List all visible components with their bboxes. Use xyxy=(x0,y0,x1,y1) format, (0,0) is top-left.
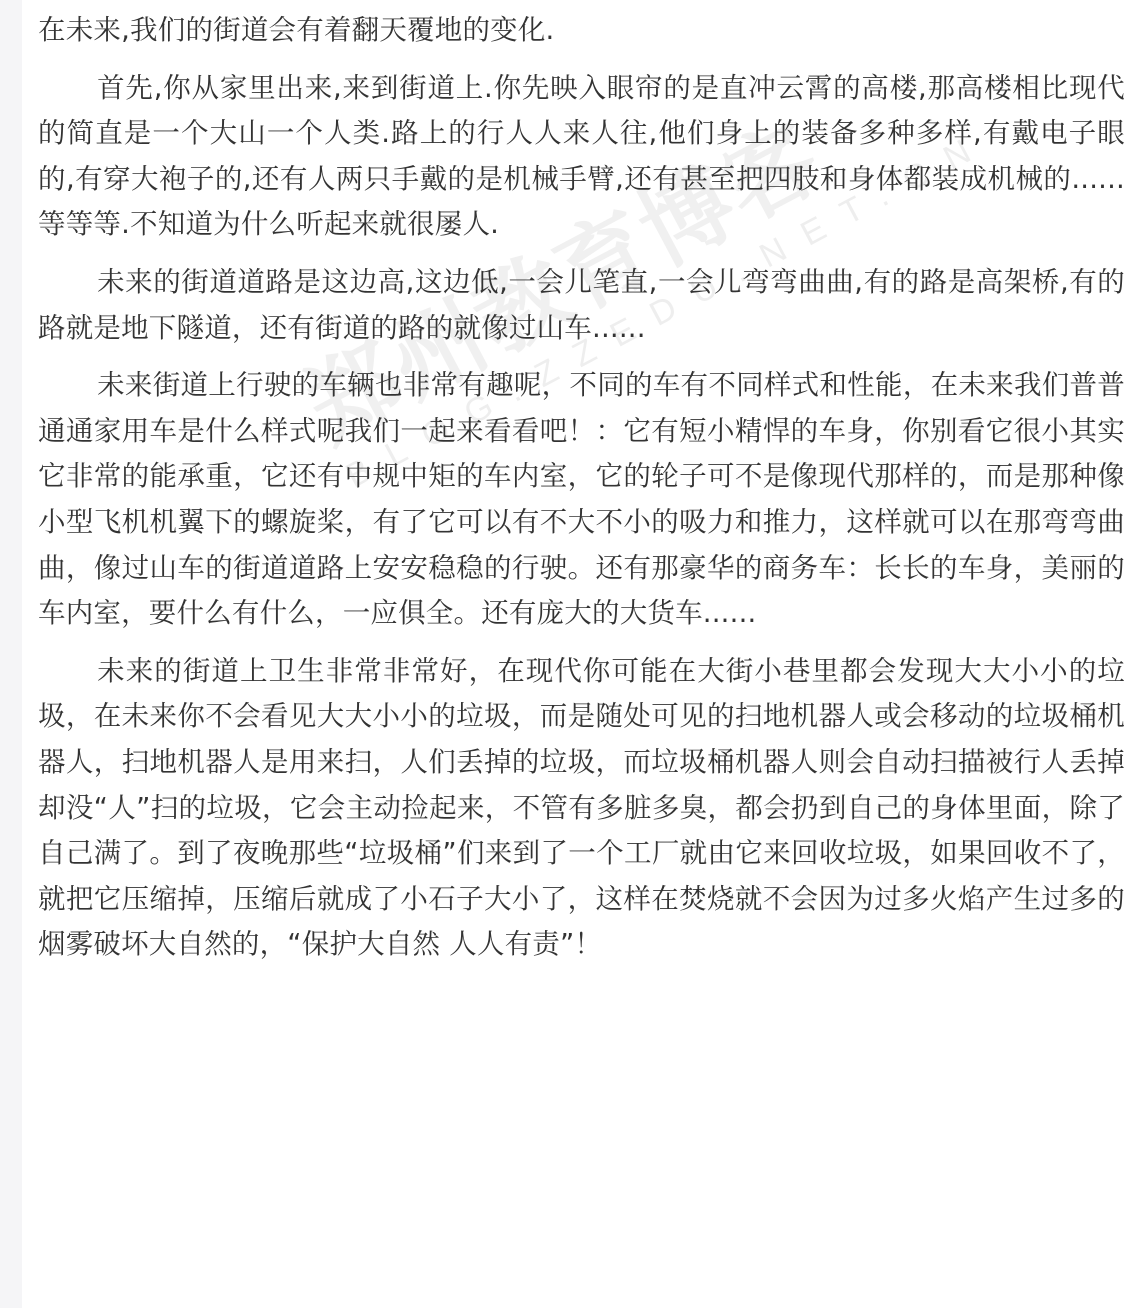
paragraph-roads: 未来的街道道路是这边高,这边低,一会儿笔直,一会儿弯弯曲曲,有的路是高架桥,有的… xyxy=(38,260,1125,351)
paragraph-intro: 在未来,我们的街道会有着翻天覆地的变化. xyxy=(38,8,1125,54)
left-margin-strip xyxy=(0,0,22,1308)
paragraph-buildings-people: 首先,你从家里出来,来到街道上.你先映入眼帘的是直冲云霄的高楼,那高楼相比现代的… xyxy=(38,66,1125,248)
paragraph-vehicles: 未来街道上行驶的车辆也非常有趣呢，不同的车有不同样式和性能，在未来我们普普通通家… xyxy=(38,363,1125,637)
paragraph-sanitation: 未来的街道上卫生非常非常好，在现代你可能在大街小巷里都会发现大大小小的垃圾，在未… xyxy=(38,649,1125,968)
article-body: 在未来,我们的街道会有着翻天覆地的变化. 首先,你从家里出来,来到街道上.你先映… xyxy=(38,0,1125,968)
